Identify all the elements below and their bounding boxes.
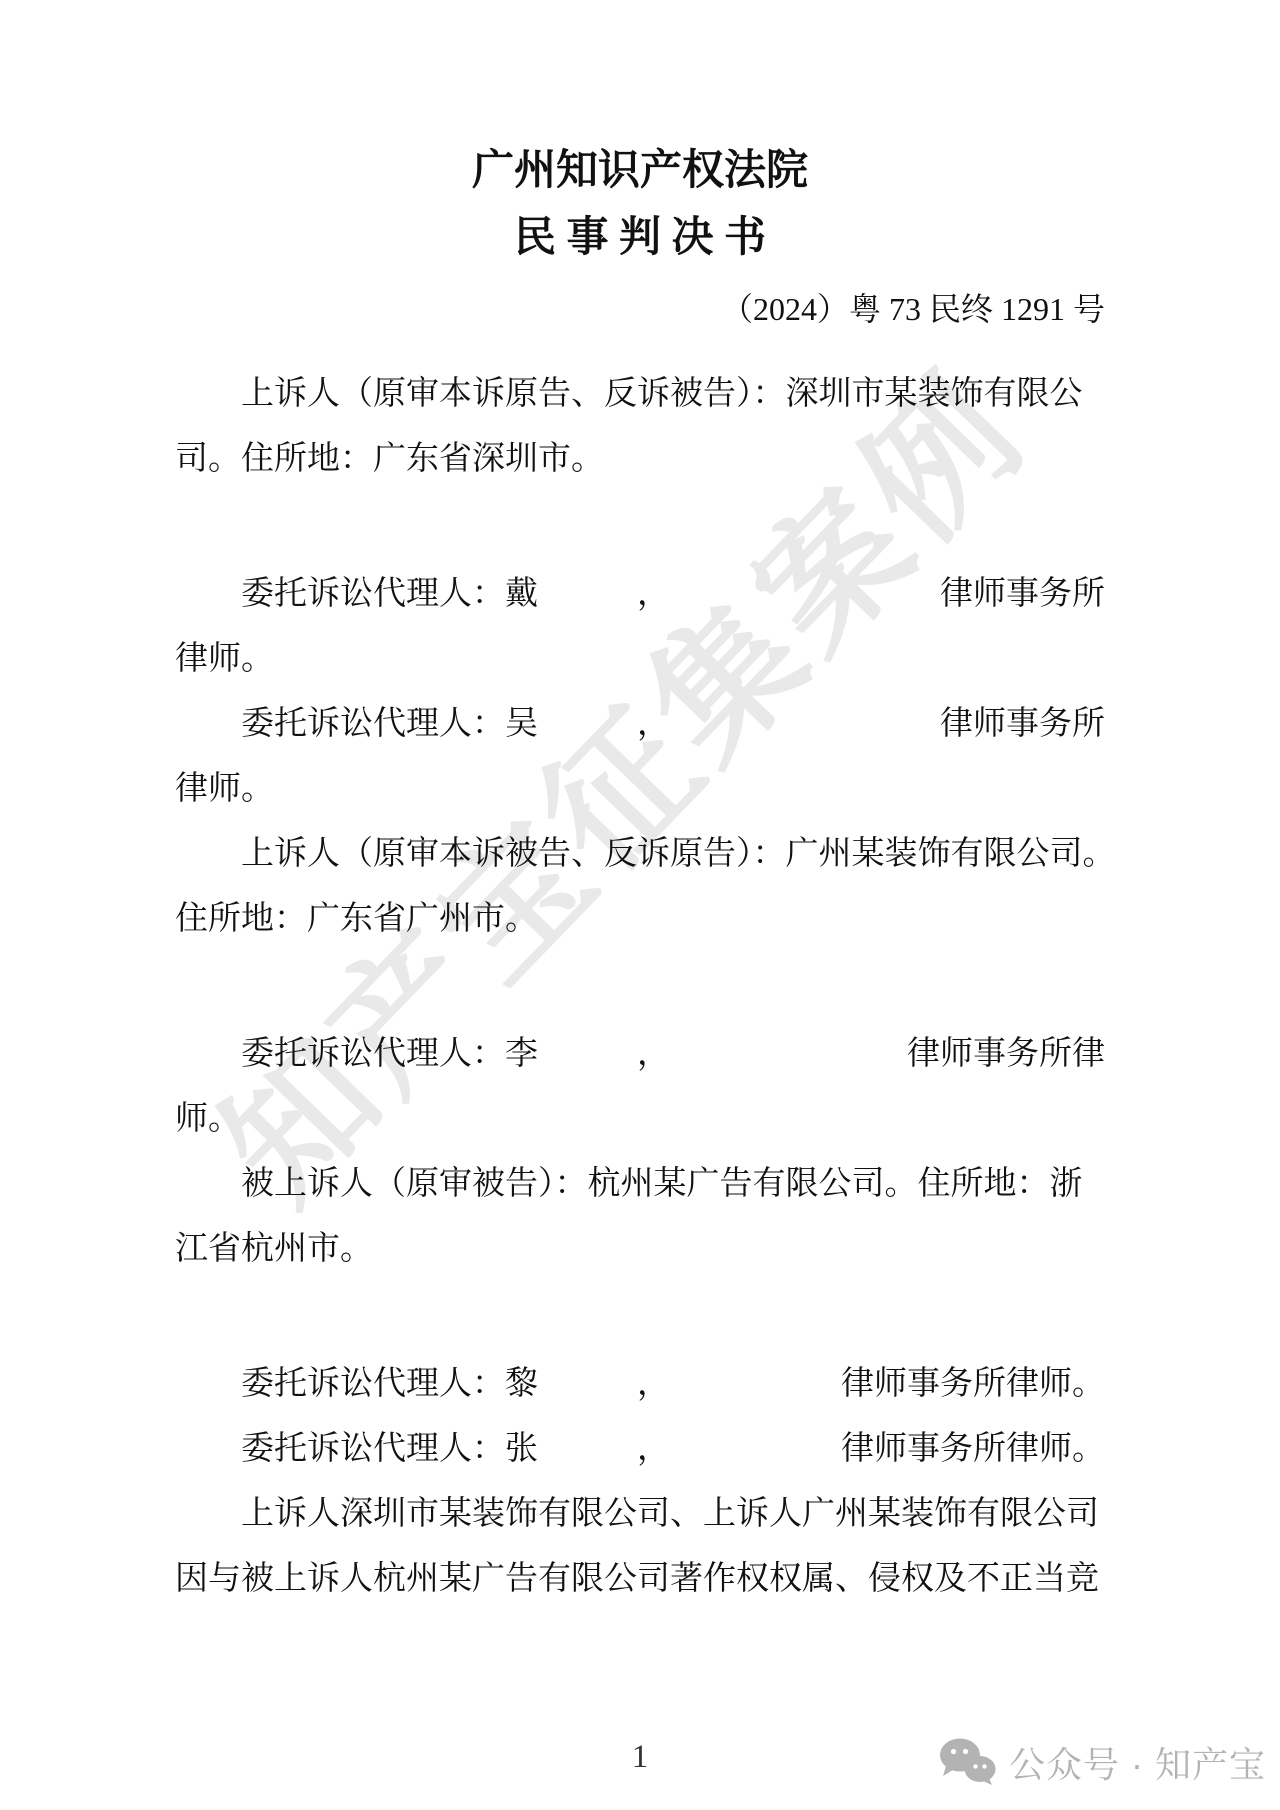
case-number: （2024）粤 73 民终 1291 号 (175, 278, 1105, 340)
line-text-right: 律师事务所律师。 (841, 1352, 1105, 1417)
document-line: 住所地：广东省广州市。 (175, 887, 1105, 952)
document-line: 师。 (175, 1087, 1105, 1152)
line-text-left: 委托诉讼代理人：吴 ， (241, 692, 670, 757)
wechat-icon (939, 1738, 997, 1786)
publisher-badge: 公众号 · 知产宝 (939, 1736, 1266, 1788)
line-text-left: 委托诉讼代理人：李 ， (241, 1022, 670, 1087)
blank-line (175, 492, 1105, 562)
line-text-left: 委托诉讼代理人：戴 ， (241, 562, 670, 627)
document-line: 司。住所地：广东省深圳市。 (175, 427, 1105, 492)
document-line: 委托诉讼代理人：李 ，律师事务所律 (175, 1022, 1105, 1087)
line-text-left: 委托诉讼代理人：黎 ， (241, 1352, 670, 1417)
document-line: 因与被上诉人杭州某广告有限公司著作权权属、侵权及不正当竞 (175, 1547, 1105, 1612)
document-text: 上诉人（原审本诉原告、反诉被告）：深圳市某装饰有限公司。住所地：广东省深圳市。委… (175, 362, 1105, 1612)
document-line: 被上诉人（原审被告）：杭州某广告有限公司。住所地：浙 (175, 1152, 1105, 1217)
document-line: 上诉人（原审本诉原告、反诉被告）：深圳市某装饰有限公 (175, 362, 1105, 427)
document-line: 委托诉讼代理人：张 ，律师事务所律师。 (175, 1417, 1105, 1482)
court-name: 广州知识产权法院 (175, 138, 1105, 204)
line-text-left: 委托诉讼代理人：张 ， (241, 1417, 670, 1482)
document-type-title: 民 事 判 决 书 (175, 204, 1105, 272)
line-text-right: 律师事务所律师。 (841, 1417, 1105, 1482)
document-line: 律师。 (175, 757, 1105, 822)
line-text-right: 律师事务所律 (907, 1022, 1105, 1087)
document-line: 上诉人深圳市某装饰有限公司、上诉人广州某装饰有限公司 (175, 1482, 1105, 1547)
document-line: 委托诉讼代理人：黎 ，律师事务所律师。 (175, 1352, 1105, 1417)
document-line: 委托诉讼代理人：吴 ，律师事务所 (175, 692, 1105, 757)
publisher-badge-text: 公众号 · 知产宝 (1009, 1737, 1266, 1788)
line-text-right: 律师事务所 (940, 692, 1105, 757)
document-body: 广州知识产权法院 民 事 判 决 书 （2024）粤 73 民终 1291 号 … (175, 0, 1105, 1612)
line-text-right: 律师事务所 (940, 562, 1105, 627)
document-line: 委托诉讼代理人：戴 ，律师事务所 (175, 562, 1105, 627)
document-line: 江省杭州市。 (175, 1217, 1105, 1282)
document-line: 律师。 (175, 627, 1105, 692)
blank-line (175, 1282, 1105, 1352)
judgment-page: 知产宝征集案例 广州知识产权法院 民 事 判 决 书 （2024）粤 73 民终… (0, 0, 1280, 1810)
blank-line (175, 952, 1105, 1022)
document-line: 上诉人（原审本诉被告、反诉原告）：广州某装饰有限公司。 (175, 822, 1105, 887)
